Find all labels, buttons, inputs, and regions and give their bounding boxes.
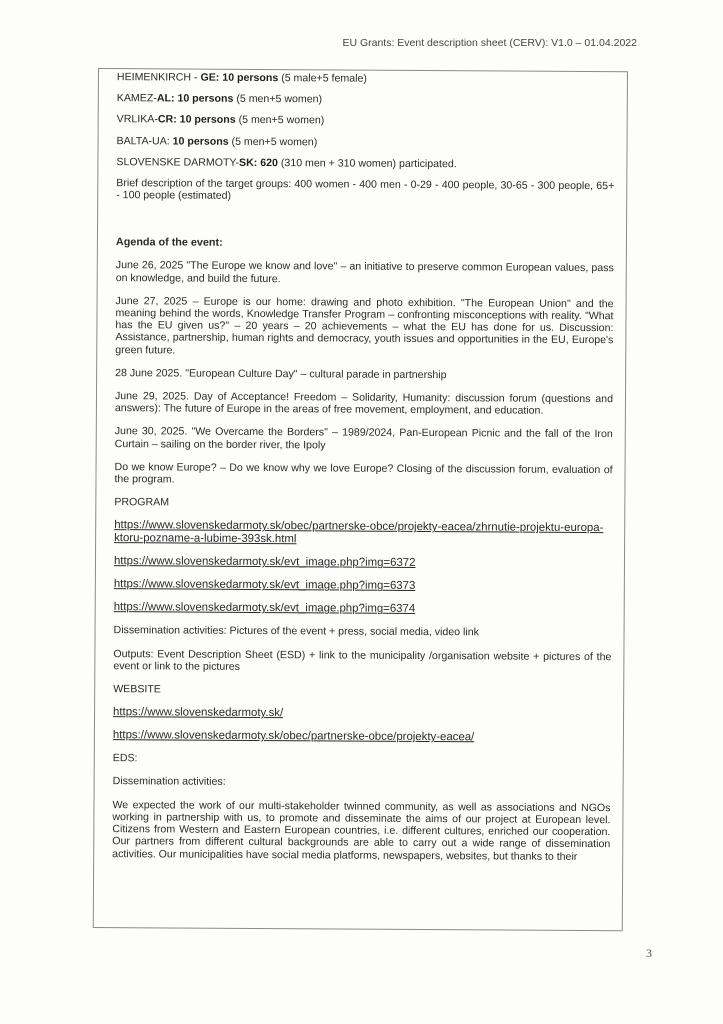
dissemination-summary: Dissemination activities: Pictures of th… [114,625,612,640]
participant-country: GE: [200,72,219,84]
document-header: EU Grants: Event description sheet (CERV… [342,37,637,49]
dissemination-label: Dissemination activities: [113,776,611,791]
agenda-item: 28 June 2025. "European Culture Day" – c… [115,367,613,382]
program-link[interactable]: https://www.slovenskedarmoty.sk/evt_imag… [114,602,612,618]
agenda-item: June 30, 2025. "We Overcame the Borders"… [115,426,613,453]
participant-count: 10 persons [177,93,233,105]
website-label: WEBSITE [113,683,611,698]
agenda-item: June 26, 2025 "The Europe we know and lo… [116,260,614,287]
participant-name: KAMEZ- [117,92,157,104]
content-box: HEIMENKIRCH - GE: 10 persons (5 male+5 f… [93,68,628,931]
participant-count: 10 persons [222,72,278,84]
participant-row: HEIMENKIRCH - GE: 10 persons (5 male+5 f… [117,71,615,86]
agenda-item: June 29, 2025. Day of Acceptance! Freedo… [115,390,613,417]
program-link[interactable]: https://www.slovenskedarmoty.sk/obec/par… [114,520,612,549]
participant-name: BALTA-UA: [117,135,173,147]
outputs-text: Outputs: Event Description Sheet (ESD) +… [113,648,611,675]
dissemination-paragraph: We expected the work of our multi-stakeh… [112,799,610,863]
participant-row: BALTA-UA: 10 persons (5 men+5 women) [117,135,615,150]
participant-country: CR: [158,114,177,126]
eds-label: EDS: [113,752,611,767]
participant-detail: (310 men + 310 women) participated. [278,157,457,170]
program-link[interactable]: https://www.slovenskedarmoty.sk/evt_imag… [114,556,612,572]
participant-name: SLOVENSKE DARMOTY- [116,156,239,169]
participant-row: VRLIKA-CR: 10 persons (5 men+5 women) [117,114,615,129]
participant-row: KAMEZ-AL: 10 persons (5 men+5 women) [117,92,615,107]
website-link[interactable]: https://www.slovenskedarmoty.sk/ [113,706,611,722]
participant-detail: (5 men+5 women) [236,114,325,127]
participant-detail: (5 male+5 female) [278,72,367,85]
website-link[interactable]: https://www.slovenskedarmoty.sk/obec/par… [113,729,611,745]
participant-detail: (5 men+5 women) [229,135,318,148]
agenda-item: Do we know Europe? – Do we know why we l… [114,461,612,488]
page-number: 3 [646,946,652,961]
participant-row: SLOVENSKE DARMOTY-SK: 620 (310 men + 310… [116,156,614,171]
participant-name: VRLIKA- [117,114,158,126]
participant-detail: (5 men+5 women) [233,93,322,106]
agenda-item: June 27, 2025 – Europe is our home: draw… [115,295,613,359]
program-label: PROGRAM [114,496,612,511]
participant-count: 10 persons [180,114,236,126]
agenda-title: Agenda of the event: [116,237,614,252]
participant-country: AL: [157,93,175,105]
spacer [116,213,614,240]
participants-list: HEIMENKIRCH - GE: 10 persons (5 male+5 f… [116,71,615,171]
participant-country: SK: [239,157,257,169]
participant-name: HEIMENKIRCH - [117,71,201,84]
participant-count: 620 [260,157,278,169]
participant-count: 10 persons [173,135,229,147]
program-link[interactable]: https://www.slovenskedarmoty.sk/evt_imag… [114,579,612,595]
target-groups-description: Brief description of the target groups: … [116,177,614,204]
